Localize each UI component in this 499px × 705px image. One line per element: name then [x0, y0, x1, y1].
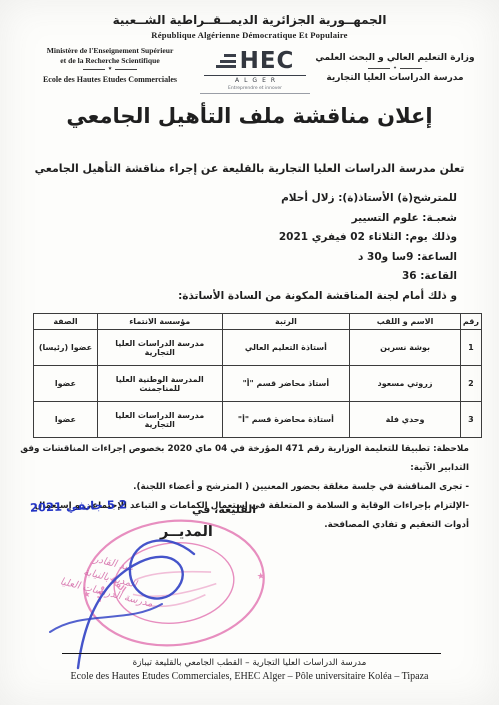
cell-role: عضوا — [34, 366, 98, 402]
table-row: 1 بوشة نسرين أستاذة التعليم العالي مدرسة… — [34, 330, 482, 366]
ehec-logo-text: HEC — [240, 48, 295, 74]
note-line-1: ملاحظة: تطبيقا للتعليمة الوزارية رقم 471… — [20, 440, 469, 478]
divider-line — [368, 68, 390, 69]
ministry-block-arabic: وزارة التعليم العالي و البحث العلمي ٭ مد… — [315, 52, 475, 84]
committee-intro-line: و ذلك أمام لجنة المناقشة المكونة من السا… — [178, 287, 457, 307]
divider-star: ٭ — [108, 66, 111, 72]
divider-line — [115, 69, 137, 70]
ehec-logo-tagline: Entreprendre et innover — [196, 86, 314, 91]
footer-arabic: مدرسة الدراسات العليا التجارية – القطب ا… — [0, 658, 499, 668]
col-number: رقم — [460, 314, 481, 330]
republic-title-arabic: الجمهــورية الجزائرية الديمــقــراطية ال… — [0, 13, 499, 27]
cell-institution: المدرسة الوطنية العليا للمناجمنت — [97, 366, 222, 402]
table-row: 3 وحدي فلة أستاذة محاضرة قسم "أ" مدرسة ا… — [34, 402, 482, 438]
room-line: القاعة: 36 — [178, 267, 457, 287]
cell-name: بوشة نسرين — [350, 330, 461, 366]
ministry-line-2: et de la Recherche Scientifique — [28, 56, 192, 66]
footer-french: Ecole des Hautes Etudes Commerciales, EH… — [0, 671, 499, 682]
footer-divider-line — [62, 653, 441, 654]
committee-table: رقم الاسم و اللقب الرتبة مؤسسة الانتماء … — [33, 313, 482, 438]
logo-underline — [204, 75, 306, 76]
cell-number: 2 — [460, 366, 481, 402]
defense-details: للمترشح(ة) الأستاذ(ة): زلال أحلام شعبـة:… — [178, 189, 457, 306]
divider-line — [83, 69, 105, 70]
ehec-logo-bars-icon — [216, 54, 236, 68]
republic-title-french: République Algérienne Démocratique Et Po… — [0, 30, 499, 40]
table-header-row: رقم الاسم و اللقب الرتبة مؤسسة الانتماء … — [34, 314, 482, 330]
candidate-line: للمترشح(ة) الأستاذ(ة): زلال أحلام — [178, 189, 457, 209]
school-name-french: Ecole des Hautes Etudes Commerciales — [28, 75, 192, 85]
ministry-line-1: Ministère de l'Enseignement Supérieur — [28, 46, 192, 56]
table-row: 2 زروتي مسعود أستاذ محاضر قسم "أ" المدرس… — [34, 366, 482, 402]
ehec-logo: HEC ALGER Entreprendre et innover — [196, 48, 314, 94]
cell-institution: مدرسة الدراسات العليا التجارية — [97, 402, 222, 438]
cell-rank: أستاذة محاضرة قسم "أ" — [222, 402, 350, 438]
document-subtitle: تعلن مدرسة الدراسات العليا التجارية بالق… — [0, 162, 499, 175]
document-title: إعلان مناقشة ملف التأهيل الجامعي — [0, 104, 499, 128]
ministry-block-french: Ministère de l'Enseignement Supérieur et… — [28, 46, 192, 85]
header-divider: ٭ — [28, 65, 192, 73]
cell-institution: مدرسة الدراسات العليا التجارية — [97, 330, 222, 366]
col-institution: مؤسسة الانتماء — [97, 314, 222, 330]
divider-star: ٭ — [393, 65, 396, 71]
stamp-star-right: ★ — [256, 571, 265, 582]
col-rank: الرتبة — [222, 314, 350, 330]
col-role: الصفة — [34, 314, 98, 330]
time-line: الساعة: 9سا و30 د — [178, 248, 457, 268]
cell-number: 3 — [460, 402, 481, 438]
cell-rank: أستاذة التعليم العالي — [222, 330, 350, 366]
ministry-arabic-line-1: وزارة التعليم العالي و البحث العلمي — [315, 52, 475, 64]
col-name: الاسم و اللقب — [350, 314, 461, 330]
divider-line — [400, 68, 422, 69]
date-line: وذلك يوم: الثلاثاء 02 فيفري 2021 — [178, 228, 457, 248]
director-signature — [36, 532, 226, 672]
scanned-announcement-document: الجمهــورية الجزائرية الديمــقــراطية ال… — [0, 0, 499, 705]
school-name-arabic: مدرسة الدراسات العليا التجارية — [315, 72, 475, 84]
cell-rank: أستاذ محاضر قسم "أ" — [222, 366, 350, 402]
note-line-2: - تجرى المناقشة في جلسة مغلقة بحضور المع… — [20, 478, 469, 497]
logo-baseline — [200, 93, 310, 94]
ehec-logo-city: ALGER — [196, 77, 314, 84]
specialty-line: شعبـة: علوم التسيير — [178, 209, 457, 229]
cell-name: وحدي فلة — [350, 402, 461, 438]
cell-role: عضوا — [34, 402, 98, 438]
cell-role: عضوا (رئيسا) — [34, 330, 98, 366]
cell-number: 1 — [460, 330, 481, 366]
header-divider: ٭ — [315, 64, 475, 72]
cell-name: زروتي مسعود — [350, 366, 461, 402]
